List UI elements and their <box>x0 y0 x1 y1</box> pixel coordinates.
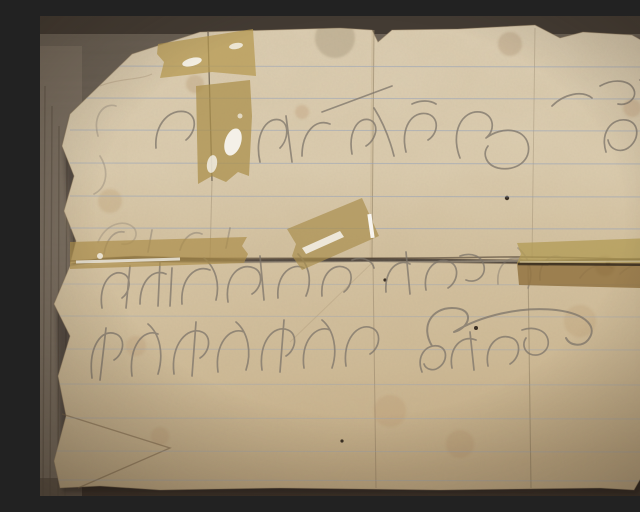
photo-vignette <box>40 16 640 496</box>
photo-canvas <box>40 16 640 496</box>
photo-old-taped-paper <box>40 16 640 496</box>
